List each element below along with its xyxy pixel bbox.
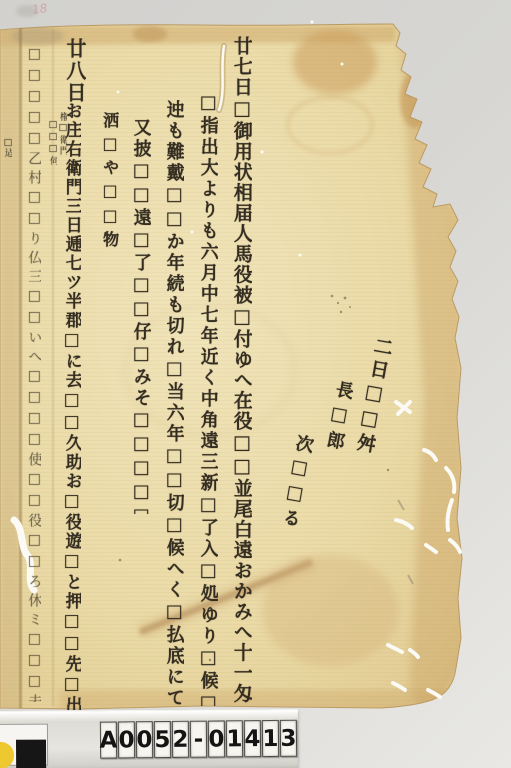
id-tile: 5: [154, 721, 171, 758]
id-tile: 2: [172, 721, 189, 758]
id-tile: -: [190, 721, 207, 758]
calibration-yellow-circle: [0, 742, 14, 768]
interlinear-annotation: □□□伺: [47, 120, 57, 194]
id-tile: A: [100, 721, 117, 758]
text-column: 洒□や□□物: [101, 112, 119, 270]
date-heading: 廿八日: [64, 38, 86, 108]
signature-line: 長□郎: [314, 379, 354, 501]
photo-ruler: A 0 0 5 2 - 0 1 4 1 3: [0, 709, 298, 768]
text-column: 迚も難戴□□か年続も切れ□当六年□□切□候へく□払底にて□: [164, 100, 184, 706]
fold-crease: [19, 26, 22, 714]
signature-line: 二日□□舛: [349, 335, 394, 477]
interlinear-annotation: 権□衛門: [57, 112, 67, 194]
id-tile: 0: [208, 720, 225, 757]
text-column: □指出大よりも六月中七年近く中角遠三新□了入□処ゆり□候□: [198, 92, 218, 706]
bleedthrough-column: □□□□□乙村□□り仏三□□いへ□□□□使□□役□□ろ休ミ□□□去□: [26, 46, 41, 702]
id-tile: 4: [244, 720, 261, 757]
id-tile: 1: [226, 720, 243, 757]
id-tile: 3: [280, 720, 297, 757]
text-column: 又披□□遠□了□□仔□みそ□□□□□: [131, 118, 151, 514]
calibration-black-square: [16, 740, 46, 768]
id-tile: 0: [136, 721, 153, 758]
id-label: A 0 0 5 2 - 0 1 4 1 3: [100, 720, 297, 759]
edge-fragment: □迠: [2, 138, 12, 174]
calibration-card: [0, 724, 48, 766]
id-tile: 0: [118, 721, 135, 758]
id-tile: 1: [262, 720, 279, 757]
photo-frame: 18 廿八日 廿七日□御用状相届人馬役被□付ゆへ在役□□並尾白遠おかみへ十一匁 …: [0, 0, 511, 768]
red-pencil-mark: 18: [31, 1, 48, 17]
text-column: 廿七日□御用状相届人馬役被□付ゆへ在役□□並尾白遠おかみへ十一匁: [231, 36, 252, 708]
